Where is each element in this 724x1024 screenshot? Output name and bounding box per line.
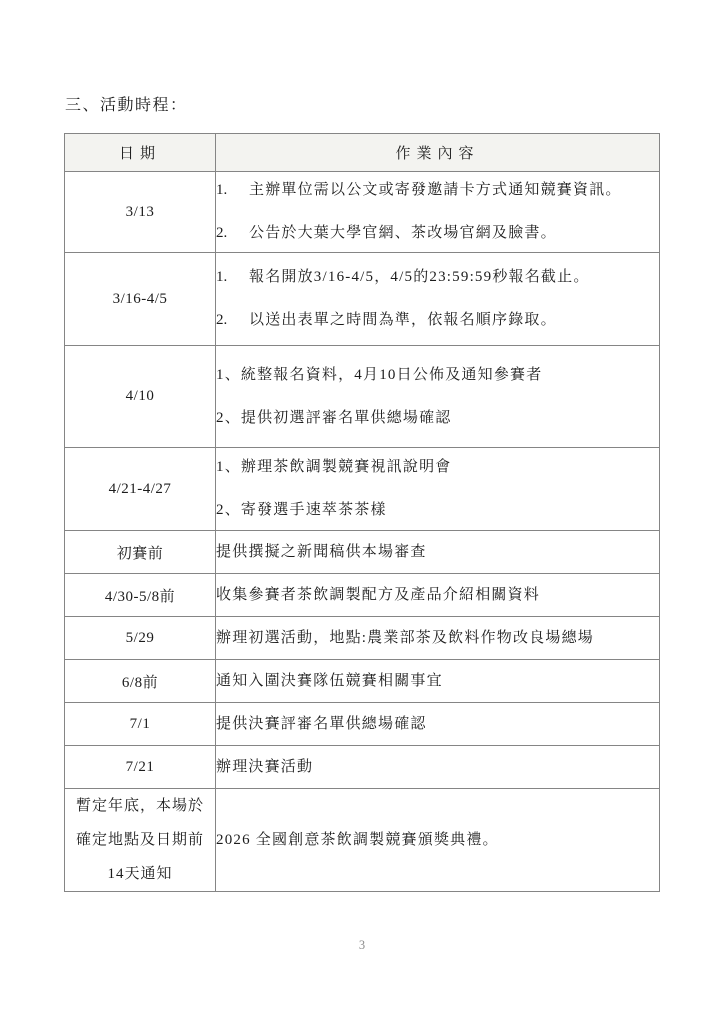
date-line: 確定地點及日期前 [65,823,215,857]
table-row: 暫定年底，本場於確定地點及日期前14天通知2026 全國創意茶飲調製競賽頒獎典禮… [65,789,660,892]
item-number: 1. [216,180,249,201]
content-line: 2.公告於大葉大學官網、茶改場官網及臉書。 [216,223,659,244]
content-cell: 1.主辦單位需以公文或寄發邀請卡方式通知競賽資訊。2.公告於大葉大學官網、茶改場… [216,172,660,253]
date-line: 暫定年底，本場於 [65,789,215,823]
table-row: 4/21-4/271、辦理茶飲調製競賽視訊說明會2、寄發選手速萃茶茶樣 [65,448,660,531]
date-cell: 7/21 [65,746,216,789]
content-line: 辦理決賽活動 [216,757,659,778]
item-number: 2. [216,310,249,331]
item-number: 2. [216,223,249,244]
content-line: 1.主辦單位需以公文或寄發邀請卡方式通知競賽資訊。 [216,180,659,201]
date-cell: 初賽前 [65,531,216,574]
content-line: 通知入圍決賽隊伍競賽相關事宜 [216,671,659,692]
item-number: 1. [216,267,249,288]
table-row: 7/21辦理決賽活動 [65,746,660,789]
content-line: 2026 全國創意茶飲調製競賽頒獎典禮。 [216,830,659,851]
date-cell: 6/8前 [65,660,216,703]
content-cell: 1、統整報名資料，4月10日公佈及通知參賽者2、提供初選評審名單供總場確認 [216,346,660,448]
date-cell: 暫定年底，本場於確定地點及日期前14天通知 [65,789,216,892]
content-line: 1、辦理茶飲調製競賽視訊說明會 [216,457,659,478]
content-line: 收集參賽者茶飲調製配方及產品介紹相關資料 [216,585,659,606]
page-number: 3 [0,938,724,953]
content-cell: 提供撰擬之新聞稿供本場審查 [216,531,660,574]
content-cell: 1、辦理茶飲調製競賽視訊說明會2、寄發選手速萃茶茶樣 [216,448,660,531]
content-line: 提供撰擬之新聞稿供本場審查 [216,542,659,563]
content-line: 1.報名開放3/16-4/5，4/5的23:59:59秒報名截止。 [216,267,659,288]
date-cell: 5/29 [65,617,216,660]
content-cell: 辦理初選活動，地點:農業部茶及飲料作物改良場總場 [216,617,660,660]
date-cell: 3/16-4/5 [65,253,216,346]
content-line: 1、統整報名資料，4月10日公佈及通知參賽者 [216,365,659,386]
schedule-table-rows: 3/131.主辦單位需以公文或寄發邀請卡方式通知競賽資訊。2.公告於大葉大學官網… [65,172,660,892]
date-cell: 4/10 [65,346,216,448]
date-cell: 3/13 [65,172,216,253]
content-cell: 提供決賽評審名單供總場確認 [216,703,660,746]
content-cell: 辦理決賽活動 [216,746,660,789]
content-cell: 2026 全國創意茶飲調製競賽頒獎典禮。 [216,789,660,892]
content-line: 2、提供初選評審名單供總場確認 [216,408,659,429]
content-line: 辦理初選活動，地點:農業部茶及飲料作物改良場總場 [216,628,659,649]
document-page: 三、活動時程： 日期 作業內容 3/131.主辦單位需以公文或寄發邀請卡方式通知… [0,0,724,1024]
date-cell: 4/30-5/8前 [65,574,216,617]
table-header-row: 日期 作業內容 [65,134,660,172]
table-row: 3/16-4/51.報名開放3/16-4/5，4/5的23:59:59秒報名截止… [65,253,660,346]
table-row: 6/8前通知入圍決賽隊伍競賽相關事宜 [65,660,660,703]
content-cell: 收集參賽者茶飲調製配方及產品介紹相關資料 [216,574,660,617]
table-row: 3/131.主辦單位需以公文或寄發邀請卡方式通知競賽資訊。2.公告於大葉大學官網… [65,172,660,253]
section-title: 三、活動時程： [65,92,188,115]
table-row: 5/29辦理初選活動，地點:農業部茶及飲料作物改良場總場 [65,617,660,660]
table-header-date: 日期 [65,134,216,172]
date-line: 14天通知 [65,857,215,891]
content-line: 提供決賽評審名單供總場確認 [216,714,659,735]
date-cell: 4/21-4/27 [65,448,216,531]
schedule-table: 日期 作業內容 3/131.主辦單位需以公文或寄發邀請卡方式通知競賽資訊。2.公… [64,133,660,892]
table-row: 初賽前提供撰擬之新聞稿供本場審查 [65,531,660,574]
content-cell: 1.報名開放3/16-4/5，4/5的23:59:59秒報名截止。2.以送出表單… [216,253,660,346]
table-row: 4/101、統整報名資料，4月10日公佈及通知參賽者2、提供初選評審名單供總場確… [65,346,660,448]
date-cell: 7/1 [65,703,216,746]
table-row: 4/30-5/8前收集參賽者茶飲調製配方及產品介紹相關資料 [65,574,660,617]
table-row: 7/1提供決賽評審名單供總場確認 [65,703,660,746]
content-cell: 通知入圍決賽隊伍競賽相關事宜 [216,660,660,703]
content-line: 2、寄發選手速萃茶茶樣 [216,500,659,521]
content-line: 2.以送出表單之時間為準，依報名順序錄取。 [216,310,659,331]
table-header-content: 作業內容 [216,134,660,172]
